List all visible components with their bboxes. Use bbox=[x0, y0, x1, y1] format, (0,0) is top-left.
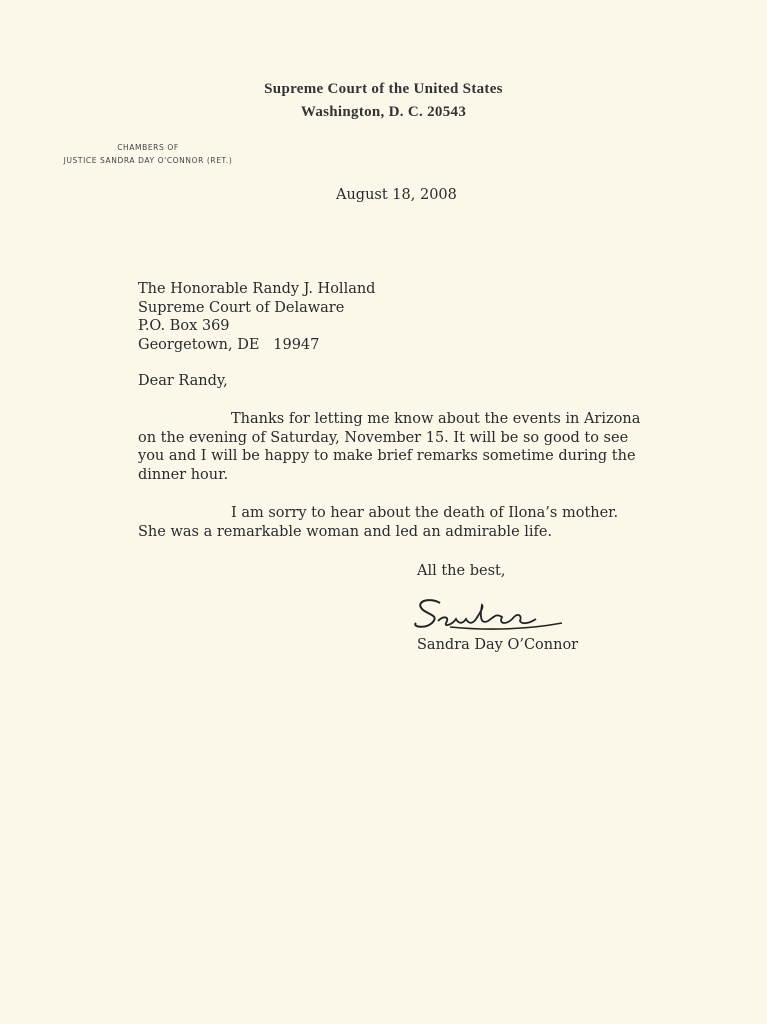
recipient-address: The Honorable Randy J. Holland Supreme C… bbox=[138, 280, 375, 354]
closing: All the best, bbox=[417, 562, 505, 581]
letterhead-address: Washington, D. C. 20543 bbox=[0, 104, 767, 121]
letterhead-court-name: Supreme Court of the United States bbox=[0, 81, 767, 98]
body-paragraph-2: I am sorry to hear about the death of Il… bbox=[138, 504, 648, 541]
body-paragraph-1: Thanks for letting me know about the eve… bbox=[138, 410, 648, 484]
handwritten-signature bbox=[410, 593, 570, 638]
letter-date: August 18, 2008 bbox=[336, 186, 457, 205]
chambers-justice: JUSTICE SANDRA DAY O'CONNOR (RET.) bbox=[53, 154, 243, 167]
recipient-court: Supreme Court of Delaware bbox=[138, 299, 375, 318]
chambers-block: CHAMBERS OF JUSTICE SANDRA DAY O'CONNOR … bbox=[53, 141, 243, 167]
recipient-po-box: P.O. Box 369 bbox=[138, 317, 375, 336]
signer-name: Sandra Day O’Connor bbox=[417, 636, 578, 655]
salutation: Dear Randy, bbox=[138, 372, 228, 391]
body-paragraph-1-text: Thanks for letting me know about the eve… bbox=[138, 411, 640, 483]
chambers-label: CHAMBERS OF bbox=[53, 141, 243, 154]
recipient-name: The Honorable Randy J. Holland bbox=[138, 280, 375, 299]
recipient-city: Georgetown, DE 19947 bbox=[138, 336, 375, 355]
body-paragraph-2-text: I am sorry to hear about the death of Il… bbox=[138, 505, 618, 540]
